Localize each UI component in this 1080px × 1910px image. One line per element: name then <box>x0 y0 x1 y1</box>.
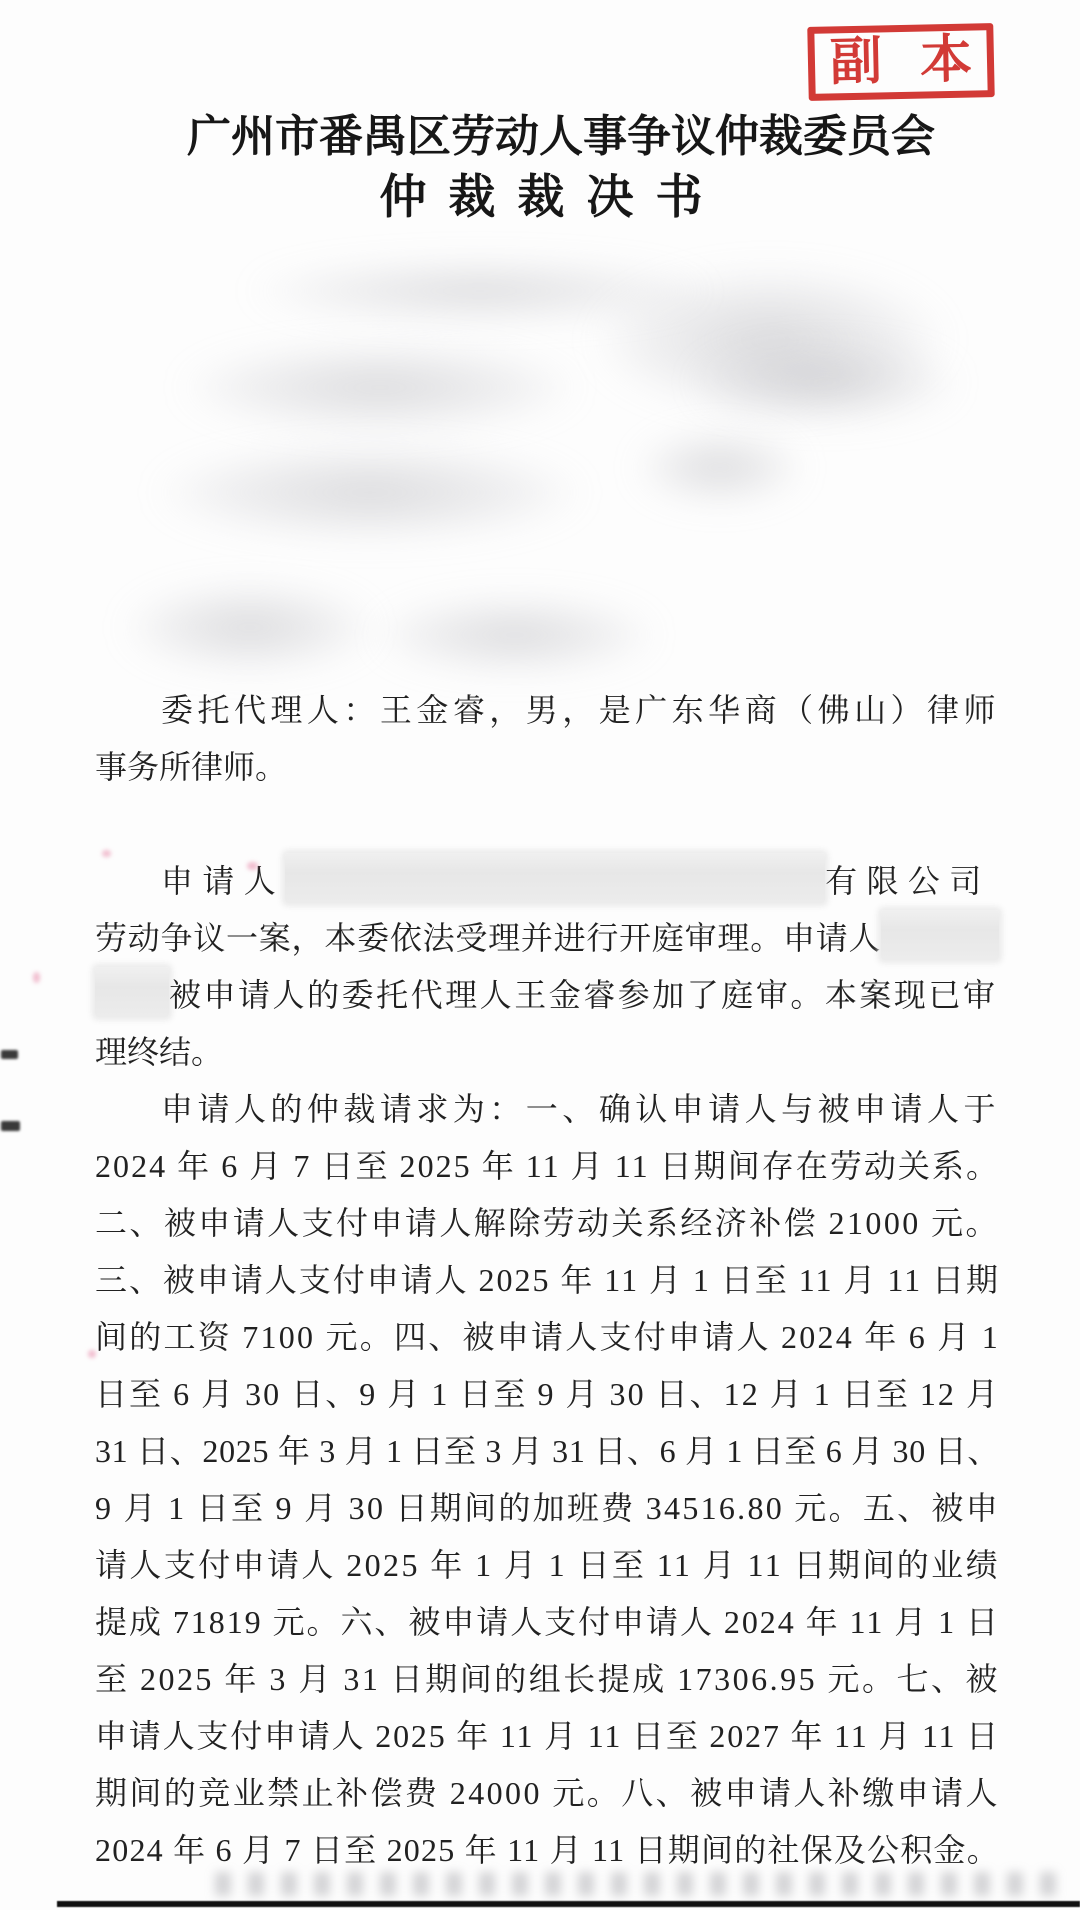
text-line: 理终结。 <box>95 1024 1000 1081</box>
ink-speck <box>88 1350 96 1358</box>
text-line: 申请人支付申请人 2025 年 11 月 11 日至 2027 年 11 月 1… <box>95 1708 1000 1765</box>
redaction-box <box>285 853 825 903</box>
redacted-blur <box>85 570 415 685</box>
text-line: 31 日、2025 年 3 月 1 日至 3 月 31 日、6 月 1 日至 6… <box>95 1423 1000 1480</box>
body-text: 委托代理人：王金睿，男，是广东华商（佛山）律师事务所律师。申请人有限公司劳动争议… <box>95 682 1000 1879</box>
document-title: 仲裁裁决书 <box>0 160 1080 227</box>
redacted-blur <box>180 252 780 330</box>
document-page: 副 本 广州市番禺区劳动人事争议仲裁委员会 仲裁裁决书 委托代理人：王金睿，男，… <box>0 0 1080 1910</box>
redacted-blur <box>330 585 700 685</box>
page-edge-line <box>57 1901 1080 1907</box>
text-line: 被申请人的委托代理人王金睿参加了庭审。本案现已审 <box>95 967 1000 1024</box>
scan-smudge <box>1 1121 20 1131</box>
stamp-char-left: 副 <box>829 36 882 89</box>
ink-speck <box>247 862 258 870</box>
text-line: 至 2025 年 3 月 31 日期间的组长提成 17306.95 元。七、被 <box>95 1651 1000 1708</box>
redacted-blur <box>650 330 1000 435</box>
scan-smudge <box>1 1050 18 1059</box>
bleed-through-text <box>215 1872 1060 1896</box>
redacted-blur <box>120 330 640 445</box>
text-line: 请人支付申请人 2025 年 1 月 1 日至 11 月 11 日期间的业绩 <box>95 1537 1000 1594</box>
stamp-char-right: 本 <box>919 35 972 88</box>
text-line: 二、被申请人支付申请人解除劳动关系经济补偿 21000 元。 <box>95 1195 1000 1252</box>
copy-stamp: 副 本 <box>807 23 995 101</box>
redaction-box <box>881 910 999 960</box>
redaction-box <box>95 967 169 1017</box>
ink-speck <box>102 850 111 857</box>
text-line: 2024 年 6 月 7 日至 2025 年 11 月 11 日期间的社保及公积… <box>95 1822 1000 1879</box>
text-line: 委托代理人：王金睿，男，是广东华商（佛山）律师 <box>95 682 1000 739</box>
redacted-blur <box>90 430 650 555</box>
text-line: 2024 年 6 月 7 日至 2025 年 11 月 11 日期间存在劳动关系… <box>95 1138 1000 1195</box>
text-line: 事务所律师。 <box>95 739 1000 796</box>
text-line: 间的工资 7100 元。四、被申请人支付申请人 2024 年 6 月 1 <box>95 1309 1000 1366</box>
text-line: 提成 71819 元。六、被申请人支付申请人 2024 年 11 月 1 日 <box>95 1594 1000 1651</box>
text-line: 日至 6 月 30 日、9 月 1 日至 9 月 30 日、12 月 1 日至 … <box>95 1366 1000 1423</box>
ink-speck <box>33 972 40 983</box>
text-line: 劳动争议一案，本委依法受理并进行开庭审理。申请人 <box>95 910 1000 967</box>
text-line: 期间的竞业禁止补偿费 24000 元。八、被申请人补缴申请人 <box>95 1765 1000 1822</box>
text-line: 申请人有限公司 <box>95 853 1000 910</box>
text-line: 申请人的仲裁请求为：一、确认申请人与被申请人于 <box>95 1081 1000 1138</box>
redacted-blur <box>540 245 1000 435</box>
text-line: 三、被申请人支付申请人 2025 年 11 月 1 日至 11 月 11 日期 <box>95 1252 1000 1309</box>
text-line: 9 月 1 日至 9 月 30 日期间的加班费 34516.80 元。五、被申 <box>95 1480 1000 1537</box>
committee-name: 广州市番禺区劳动人事争议仲裁委员会 <box>0 100 1080 164</box>
redacted-blur <box>610 420 830 515</box>
